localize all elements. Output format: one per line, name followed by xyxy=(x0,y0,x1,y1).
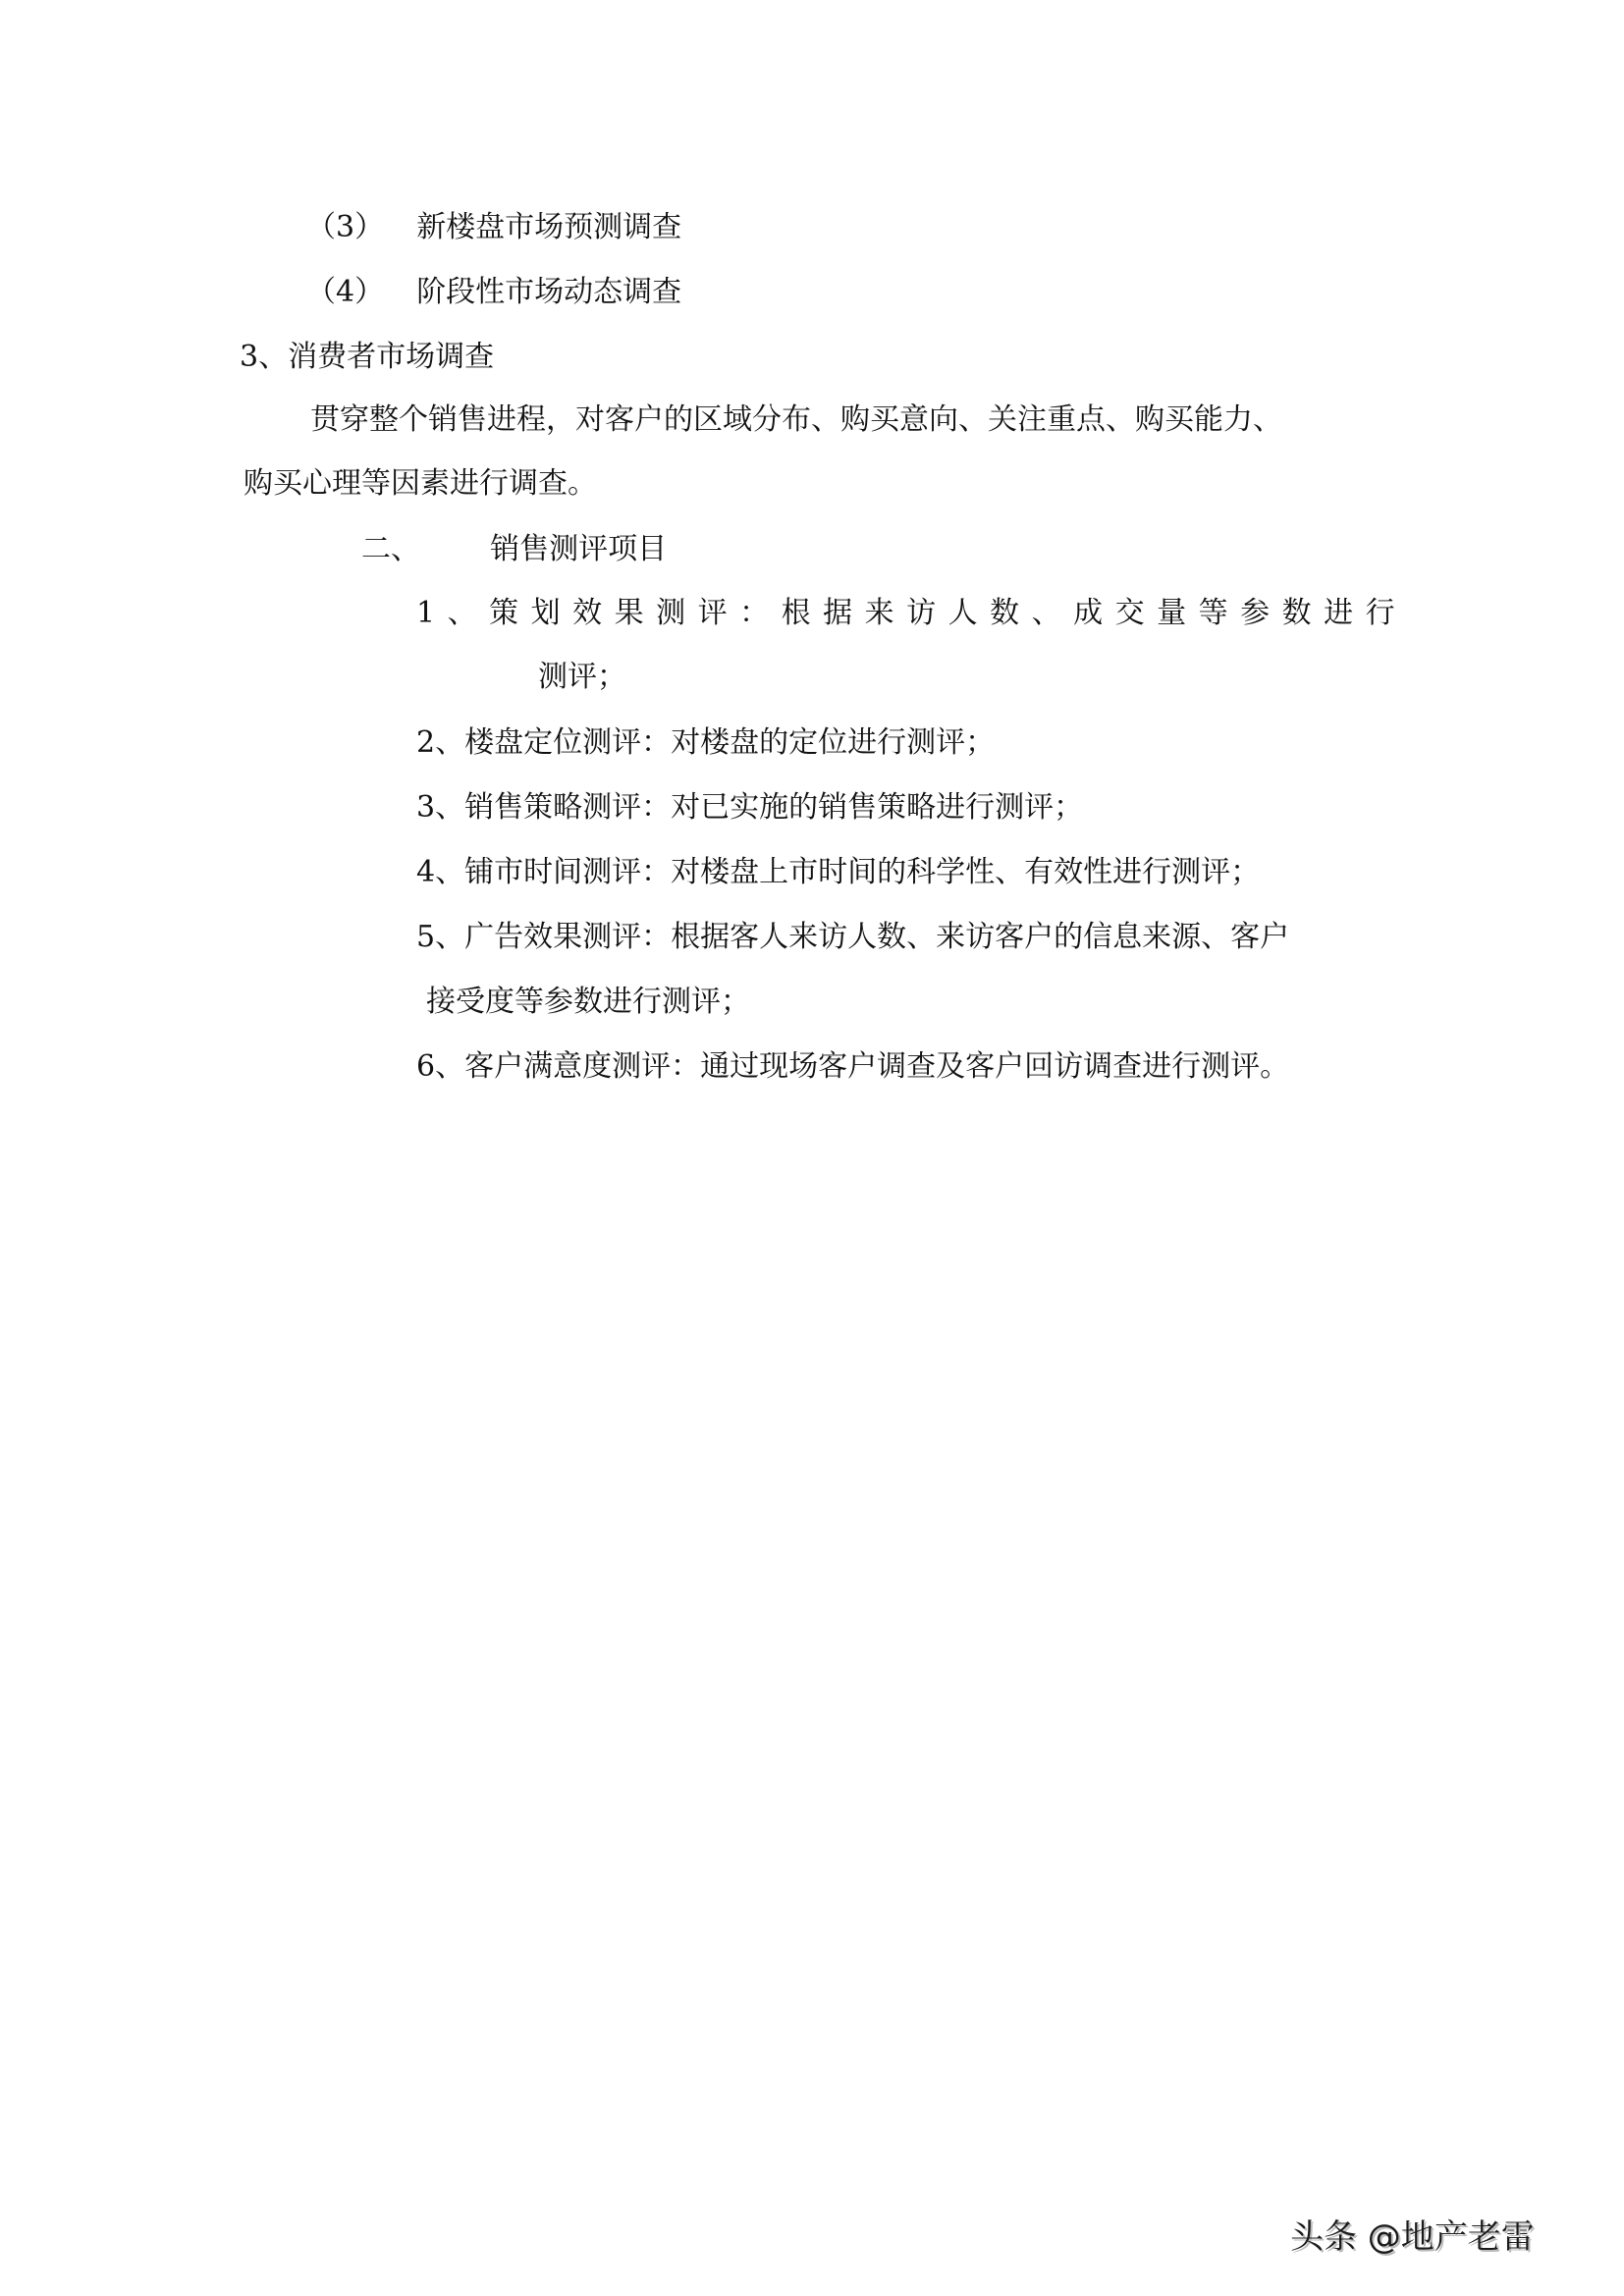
evaluation-item-2: 2、楼盘定位测评：对楼盘的定位进行测评； xyxy=(416,723,995,763)
evaluation-item-1: 1、策划效果测评：根据来访人数、成交量等参数进行 xyxy=(416,594,1407,633)
evaluation-item-4: 4、铺市时间测评：对楼盘上市时间的科学性、有效性进行测评； xyxy=(416,853,1260,892)
subitem-3: （3） 新楼盘市场预测调查 xyxy=(306,208,681,247)
watermark: 头条 @地产老雷 xyxy=(1290,2216,1535,2259)
section-heading-sales-evaluation: 二、 销售测评项目 xyxy=(361,530,667,569)
evaluation-item-5: 5、广告效果测评：根据客人来访人数、来访客户的信息来源、客户 xyxy=(416,918,1289,957)
subitem-number: （3） xyxy=(306,210,384,244)
subitem-4: （4） 阶段性市场动态调查 xyxy=(306,273,681,312)
evaluation-item-5-continued: 接受度等参数进行测评； xyxy=(426,983,750,1022)
section-title: 销售测评项目 xyxy=(490,532,667,566)
evaluation-item-1-continued: 测评； xyxy=(538,658,626,697)
paragraph-line-1: 贯穿整个销售进程，对客户的区域分布、购买意向、关注重点、购买能力、 xyxy=(310,400,1282,440)
section-heading-consumer-survey: 3、消费者市场调查 xyxy=(240,338,494,377)
subitem-text: 阶段性市场动态调查 xyxy=(416,275,681,309)
evaluation-item-6: 6、客户满意度测评：通过现场客户调查及客户回访调查进行测评。 xyxy=(416,1047,1289,1087)
subitem-text: 新楼盘市场预测调查 xyxy=(416,210,681,244)
paragraph-line-2: 购买心理等因素进行调查。 xyxy=(244,464,597,504)
subitem-number: （4） xyxy=(306,275,384,309)
section-number: 二、 xyxy=(361,532,420,566)
evaluation-item-3: 3、销售策略测评：对已实施的销售策略进行测评； xyxy=(416,788,1083,828)
